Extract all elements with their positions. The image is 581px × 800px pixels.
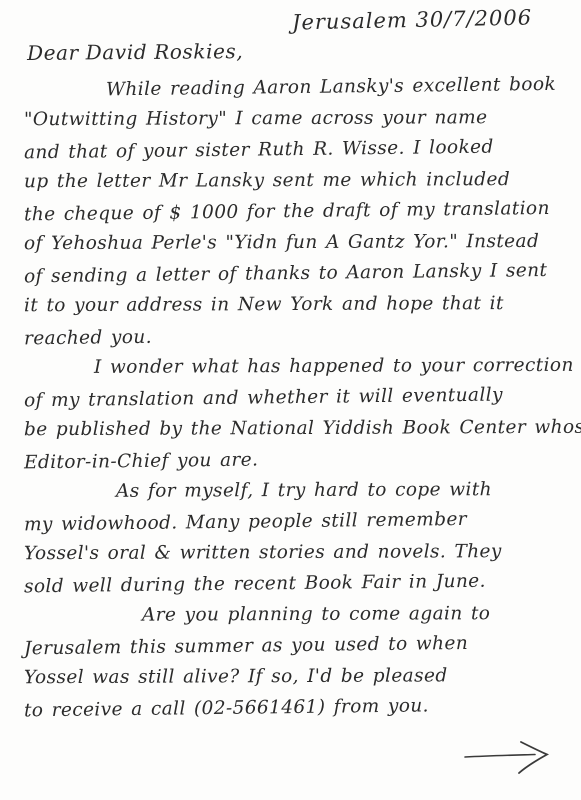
letter-line: Jerusalem this summer as you used to whe…: [24, 627, 572, 665]
letter-line: it to your address in New York and hope …: [24, 288, 572, 321]
letter-line: Yossel was still alive? If so, I'd be pl…: [24, 660, 572, 693]
letter-line: be published by the National Yiddish Boo…: [24, 412, 572, 445]
letter-line: As for myself, I try hard to cope with: [24, 474, 572, 507]
letter-line: Are you planning to come again to: [24, 598, 572, 631]
letter-line: my widowhood. Many people still remember: [24, 503, 572, 541]
letter-line: to receive a call (02-5661461) from you.: [24, 689, 572, 727]
letter-line: I wonder what has happened to your corre…: [24, 350, 572, 383]
letter-line: of Yehoshua Perle's "Yidn fun A Gantz Yo…: [24, 226, 572, 259]
page-turn-arrow-icon: [463, 736, 559, 778]
letter-line: sold well during the recent Book Fair in…: [24, 565, 572, 603]
letter-body: While reading Aaron Lansky's excellent b…: [24, 72, 572, 723]
letter-line: of my translation and whether it will ev…: [24, 379, 572, 417]
letter-line: up the letter Mr Lansky sent me which in…: [24, 164, 572, 197]
letter-line: Yossel's oral & written stories and nove…: [24, 536, 572, 569]
letter-salutation: Dear David Roskies,: [27, 39, 243, 65]
letter-line: and that of your sister Ruth R. Wisse. I…: [24, 131, 572, 169]
handwritten-letter-page: Jerusalem 30/7/2006 Dear David Roskies, …: [0, 0, 581, 800]
letter-line: Editor-in-Chief you are.: [24, 441, 572, 479]
letter-line: While reading Aaron Lansky's excellent b…: [24, 69, 572, 107]
letter-line: of sending a letter of thanks to Aaron L…: [24, 255, 572, 293]
letter-line: the cheque of $ 1000 for the draft of my…: [24, 193, 572, 231]
letter-line: reached you.: [24, 317, 572, 355]
letter-line: "Outwitting History" I came across your …: [24, 102, 572, 135]
letter-place-date: Jerusalem 30/7/2006: [292, 5, 533, 34]
